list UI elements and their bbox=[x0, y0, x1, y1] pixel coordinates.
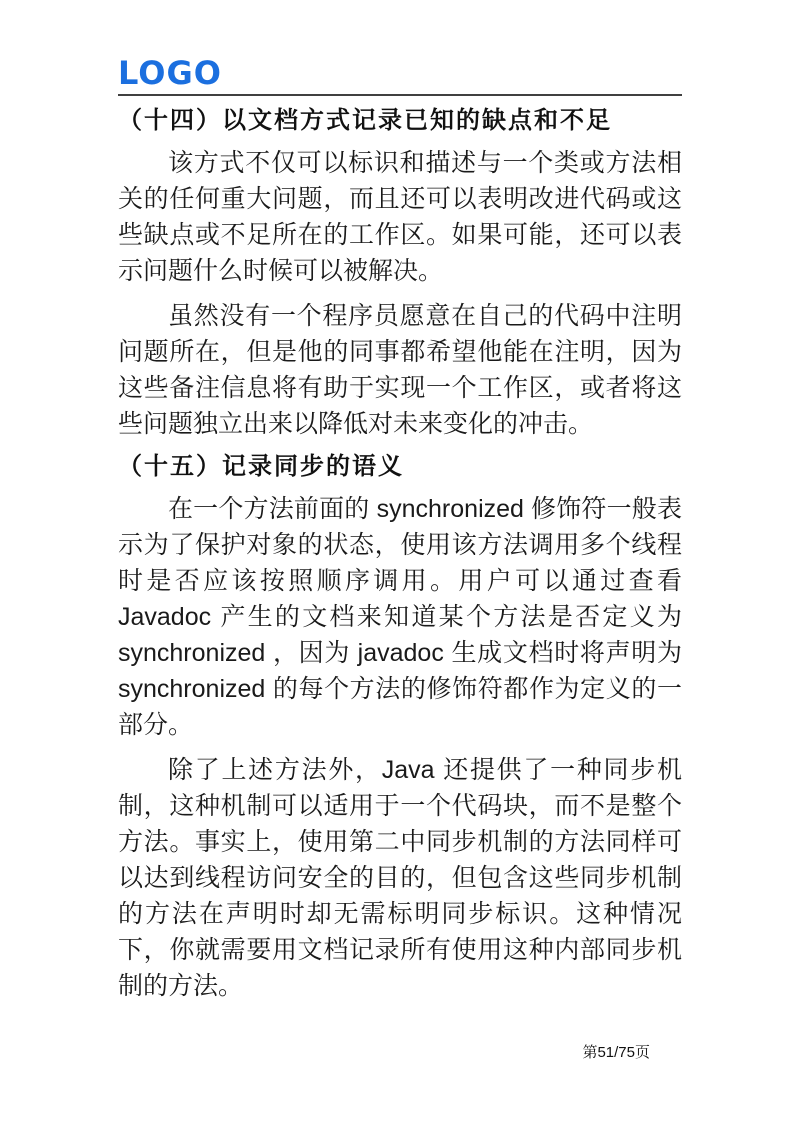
section-14-paragraph-2: 虽然没有一个程序员愿意在自己的代码中注明问题所在，但是他的同事都希望他能在注明，… bbox=[118, 298, 682, 442]
section-14: （十四）以文档方式记录已知的缺点和不足 该方式不仅可以标识和描述与一个类或方法相… bbox=[118, 106, 682, 442]
section-15-paragraph-1: 在一个方法前面的 synchronized 修饰符一般表示为了保护对象的状态，使… bbox=[118, 491, 682, 743]
section-14-heading: （十四）以文档方式记录已知的缺点和不足 bbox=[118, 106, 682, 136]
document-header: LOGO bbox=[118, 0, 682, 96]
section-15: （十五）记录同步的语义 在一个方法前面的 synchronized 修饰符一般表… bbox=[118, 452, 682, 1004]
company-logo: LOGO bbox=[118, 52, 222, 94]
section-15-paragraph-2: 除了上述方法外，Java 还提供了一种同步机制，这种机制可以适用于一个代码块，而… bbox=[118, 752, 682, 1004]
document-page: LOGO （十四）以文档方式记录已知的缺点和不足 该方式不仅可以标识和描述与一个… bbox=[0, 0, 800, 1132]
section-15-heading: （十五）记录同步的语义 bbox=[118, 452, 682, 482]
page-number-indicator: 第51/75页 bbox=[582, 1044, 650, 1062]
section-14-paragraph-1: 该方式不仅可以标识和描述与一个类或方法相关的任何重大问题，而且还可以表明改进代码… bbox=[118, 145, 682, 289]
page-content: LOGO （十四）以文档方式记录已知的缺点和不足 该方式不仅可以标识和描述与一个… bbox=[118, 0, 682, 1004]
